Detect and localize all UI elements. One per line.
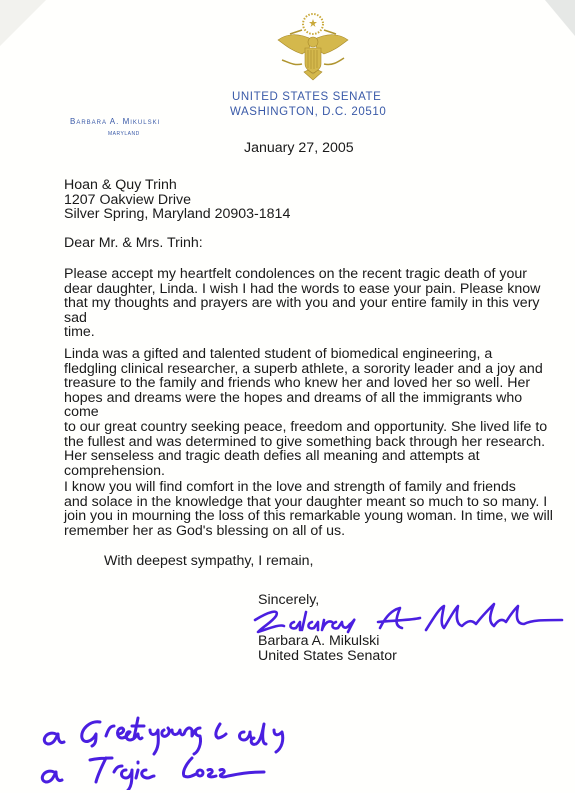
paragraph-text: Linda was a gifted and talented student … xyxy=(64,347,554,478)
page-fold-corner xyxy=(0,0,46,46)
letterhead-sender-name: Barbara A. Mikulski xyxy=(70,117,160,126)
recipient-street: 1207 Oakview Drive xyxy=(64,193,290,208)
salutation: Dear Mr. & Mrs. Trinh: xyxy=(64,236,203,251)
recipient-city: Silver Spring, Maryland 20903-1814 xyxy=(64,207,290,222)
institution-line2: WASHINGTON, D.C. 20510 xyxy=(230,105,440,120)
paragraph-text: I know you will find comfort in the love… xyxy=(64,480,554,538)
body-paragraph-3: I know you will find comfort in the love… xyxy=(64,480,554,538)
closing-line: With deepest sympathy, I remain, xyxy=(104,554,313,569)
signature-printed-name: Barbara A. Mikulski xyxy=(258,634,379,649)
paragraph-text: Please accept my heartfelt condolences o… xyxy=(64,267,554,340)
page-fold-corner xyxy=(545,0,575,36)
letter-date: January 27, 2005 xyxy=(244,141,354,156)
letterhead-sender-state: MARYLAND xyxy=(108,131,140,137)
great-seal-eagle-icon xyxy=(268,10,358,82)
body-paragraph-2: Linda was a gifted and talented student … xyxy=(64,347,554,478)
signature-title: United States Senator xyxy=(258,649,397,664)
handwritten-signature xyxy=(250,598,570,638)
body-paragraph-1: Please accept my heartfelt condolences o… xyxy=(64,267,554,340)
senate-address-block: UNITED STATES SENATE WASHINGTON, D.C. 20… xyxy=(230,90,440,120)
recipient-name: Hoan & Quy Trinh xyxy=(64,178,290,193)
handwritten-note xyxy=(30,690,420,790)
institution-line1: UNITED STATES SENATE xyxy=(230,90,440,105)
recipient-address: Hoan & Quy Trinh 1207 Oakview Drive Silv… xyxy=(64,178,290,222)
